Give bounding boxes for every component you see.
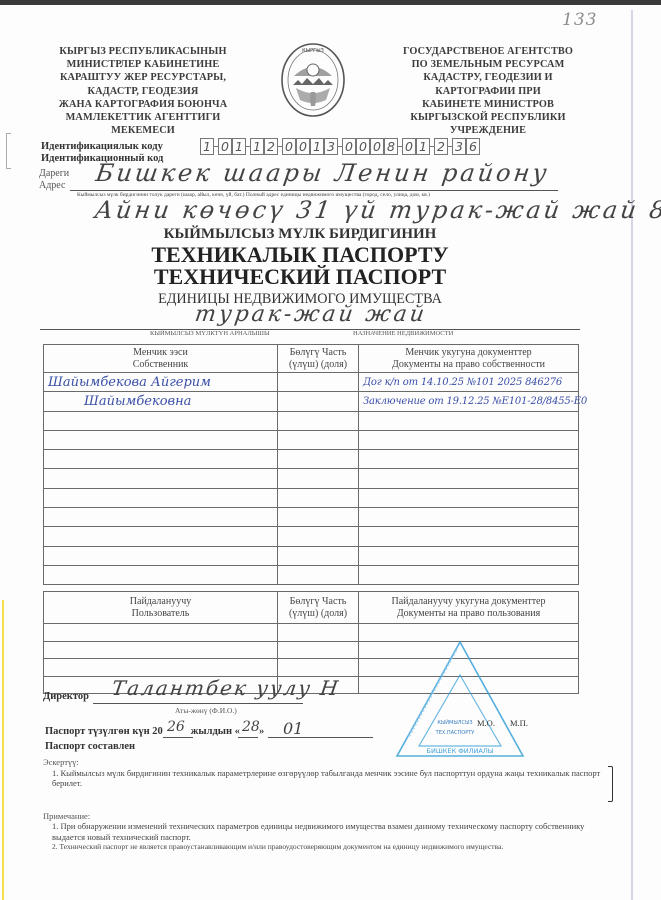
agency-header-kyrgyz: КЫРГЫЗ РЕСПУБЛИКАСЫНЫН МИНИСТРЛЕР КАБИНЕ… (48, 45, 238, 137)
director-fio-label: Аты-жөнү (Ф.И.О.) (175, 706, 237, 715)
triangular-stamp-icon: КЫЙМЫЛСЫЗ ТЕХ.ПАСПОРТУ БИШКЕК ФИЛИАЛЫ (395, 640, 525, 760)
right-bracket-mark (608, 766, 613, 802)
cell-share (278, 527, 359, 546)
cell-document (359, 411, 579, 430)
cell-share (278, 488, 359, 507)
director-signature: Талантбек уулу Н (110, 676, 341, 700)
cell-document (359, 624, 579, 642)
code-digit-box: 1 (416, 138, 430, 155)
scan-top-edge (0, 0, 661, 5)
cell-document: Дог к/п от 14.10.25 №101 2025 846276 (359, 373, 579, 392)
notes-heading-ky: Эскертүү: (43, 757, 613, 768)
cell-name (44, 641, 278, 659)
code-digit-box: 0 (296, 138, 310, 155)
issue-day: 28 (242, 719, 260, 735)
cell-share (278, 411, 359, 430)
owners-header-documents: Менчик укугуна документтерДокументы на п… (359, 345, 579, 373)
cell-name: Шайымбековна (44, 392, 278, 411)
address-label: Дареги Адрес (39, 168, 69, 191)
owner-row: ШайымбековнаЗаключение от 19.12.25 №Е101… (44, 392, 579, 411)
month-underline (268, 737, 373, 738)
owner-row (44, 469, 579, 488)
note-ky-1: 1. Кыймылсыз мүлк бирдигинин техникалык … (43, 768, 613, 789)
user-row (44, 624, 579, 642)
cell-share (278, 624, 359, 642)
notes-section: Эскертүү: 1. Кыймылсыз мүлк бирдигинин т… (43, 757, 613, 853)
code-digit-box: 6 (466, 138, 480, 155)
address-line-1: Бишкек шаары Ленин району (94, 159, 551, 187)
cell-document (359, 430, 579, 449)
title-main-ru: ТЕХНИЧЕСКИЙ ПАСПОРТ (110, 264, 490, 290)
users-header-user: ПайдалануучуПользователь (44, 592, 278, 624)
cell-name: Шайымбекова Айгерим (44, 373, 278, 392)
cell-share (278, 659, 359, 677)
owner-row (44, 565, 579, 584)
address-underline (70, 190, 558, 191)
code-digit-box: 1 (250, 138, 264, 155)
notes-heading-ru: Примечание: (43, 811, 613, 822)
cell-name (44, 565, 278, 584)
code-digit-box: 3 (452, 138, 466, 155)
address-line-2: Айни көчөсү 31 үй турак-жай жай 8 (93, 196, 661, 224)
users-header-documents: Пайдалануучу укугуна документтерДокумент… (359, 592, 579, 624)
issue-date-row: Паспорт түзүлгөн күн 20жылдын «» (45, 726, 264, 737)
scan-left-edge (2, 600, 4, 900)
owners-header-owner: Менчик ээсиСобственник (44, 345, 278, 373)
code-digit-box: 2 (434, 138, 448, 155)
page-number: 133 (562, 10, 597, 30)
owner-row (44, 450, 579, 469)
cell-document: Заключение от 19.12.25 №Е101-28/8455-Е0 (359, 392, 579, 411)
side-bracket-mark (6, 133, 11, 169)
cell-document (359, 450, 579, 469)
cell-share (278, 469, 359, 488)
svg-text:БИШКЕК ФИЛИАЛЫ: БИШКЕК ФИЛИАЛЫ (427, 747, 494, 755)
identification-code-boxes: 101120013000801236 (200, 138, 480, 155)
director-underline (93, 703, 303, 704)
cell-name (44, 546, 278, 565)
code-digit-box: 1 (200, 138, 214, 155)
cell-document (359, 565, 579, 584)
cell-name (44, 488, 278, 507)
stamp-place-label-ky: М.О. (477, 718, 495, 728)
cell-document (359, 508, 579, 527)
owner-row (44, 411, 579, 430)
cell-share (278, 641, 359, 659)
cell-name (44, 508, 278, 527)
cell-share (278, 392, 359, 411)
owners-table: Менчик ээсиСобственник Бөлүгү Часть(үлүш… (43, 344, 579, 585)
owner-row (44, 430, 579, 449)
cell-share (278, 565, 359, 584)
issue-year: 26 (167, 719, 185, 735)
cell-document (359, 546, 579, 565)
purpose-label-ky: КЫЙМЫЛСЫЗ МҮЛКТҮН АРНАЛЫШЫ (150, 330, 270, 337)
owner-row (44, 546, 579, 565)
svg-text:ТЕХ.ПАСПОРТУ: ТЕХ.ПАСПОРТУ (435, 730, 475, 736)
property-purpose-value: турак-жай жай (193, 302, 428, 327)
cell-name (44, 430, 278, 449)
code-digit-box: 3 (324, 138, 338, 155)
svg-text:КЫРГЫЗ: КЫРГЫЗ (302, 48, 324, 54)
cell-name (44, 469, 278, 488)
day-underline (238, 737, 258, 738)
cell-name (44, 450, 278, 469)
code-digit-box: 0 (218, 138, 232, 155)
cell-share (278, 450, 359, 469)
svg-text:КЫЙМЫЛСЫЗ: КЫЙМЫЛСЫЗ (437, 719, 472, 726)
purpose-label-ru: НАЗНАЧЕНИЕ НЕДВИЖИМОСТИ (353, 330, 453, 337)
owner-row (44, 488, 579, 507)
scan-right-edge (631, 10, 633, 900)
note-ru-2: 2. Технический паспорт не является право… (43, 842, 613, 853)
cell-name (44, 659, 278, 677)
kyrgyz-state-emblem-icon: КЫРГЫЗ (280, 40, 346, 120)
owner-row (44, 527, 579, 546)
code-digit-box: 8 (384, 138, 398, 155)
owner-row (44, 508, 579, 527)
code-digit-box: 0 (282, 138, 296, 155)
code-digit-box: 2 (264, 138, 278, 155)
cell-name (44, 624, 278, 642)
code-digit-box: 0 (402, 138, 416, 155)
stamp-place-label-ru: М.П. (510, 718, 528, 728)
purpose-underline (40, 329, 580, 330)
year-underline (163, 737, 193, 738)
cell-share (278, 430, 359, 449)
agency-header-russian: ГОСУДАРСТВЕНОЕ АГЕНТСТВО ПО ЗЕМЕЛЬНЫМ РЕ… (388, 45, 588, 137)
code-digit-box: 0 (342, 138, 356, 155)
note-ru-1: 1. При обнаружении изменений технических… (43, 821, 613, 842)
owners-header-share: Бөлүгү Часть(үлүш) (доля) (278, 345, 359, 373)
cell-share (278, 373, 359, 392)
cell-document (359, 469, 579, 488)
director-label: Директор (43, 691, 89, 702)
passport-compiled-label: Паспорт составлен (45, 741, 135, 752)
cell-document (359, 488, 579, 507)
code-digit-box: 1 (232, 138, 246, 155)
cell-document (359, 527, 579, 546)
code-digit-box: 0 (356, 138, 370, 155)
cell-share (278, 546, 359, 565)
code-digit-box: 0 (370, 138, 384, 155)
users-header-share: Бөлүгү Часть(үлүш) (доля) (278, 592, 359, 624)
cell-name (44, 527, 278, 546)
code-digit-box: 1 (310, 138, 324, 155)
issue-month: 01 (283, 719, 303, 738)
cell-share (278, 508, 359, 527)
cell-name (44, 411, 278, 430)
owner-row: Шайымбекова АйгеримДог к/п от 14.10.25 №… (44, 373, 579, 392)
title-subheading-ky: КЫЙМЫЛСЫЗ МҮЛК БИРДИГИНИН (150, 226, 450, 243)
